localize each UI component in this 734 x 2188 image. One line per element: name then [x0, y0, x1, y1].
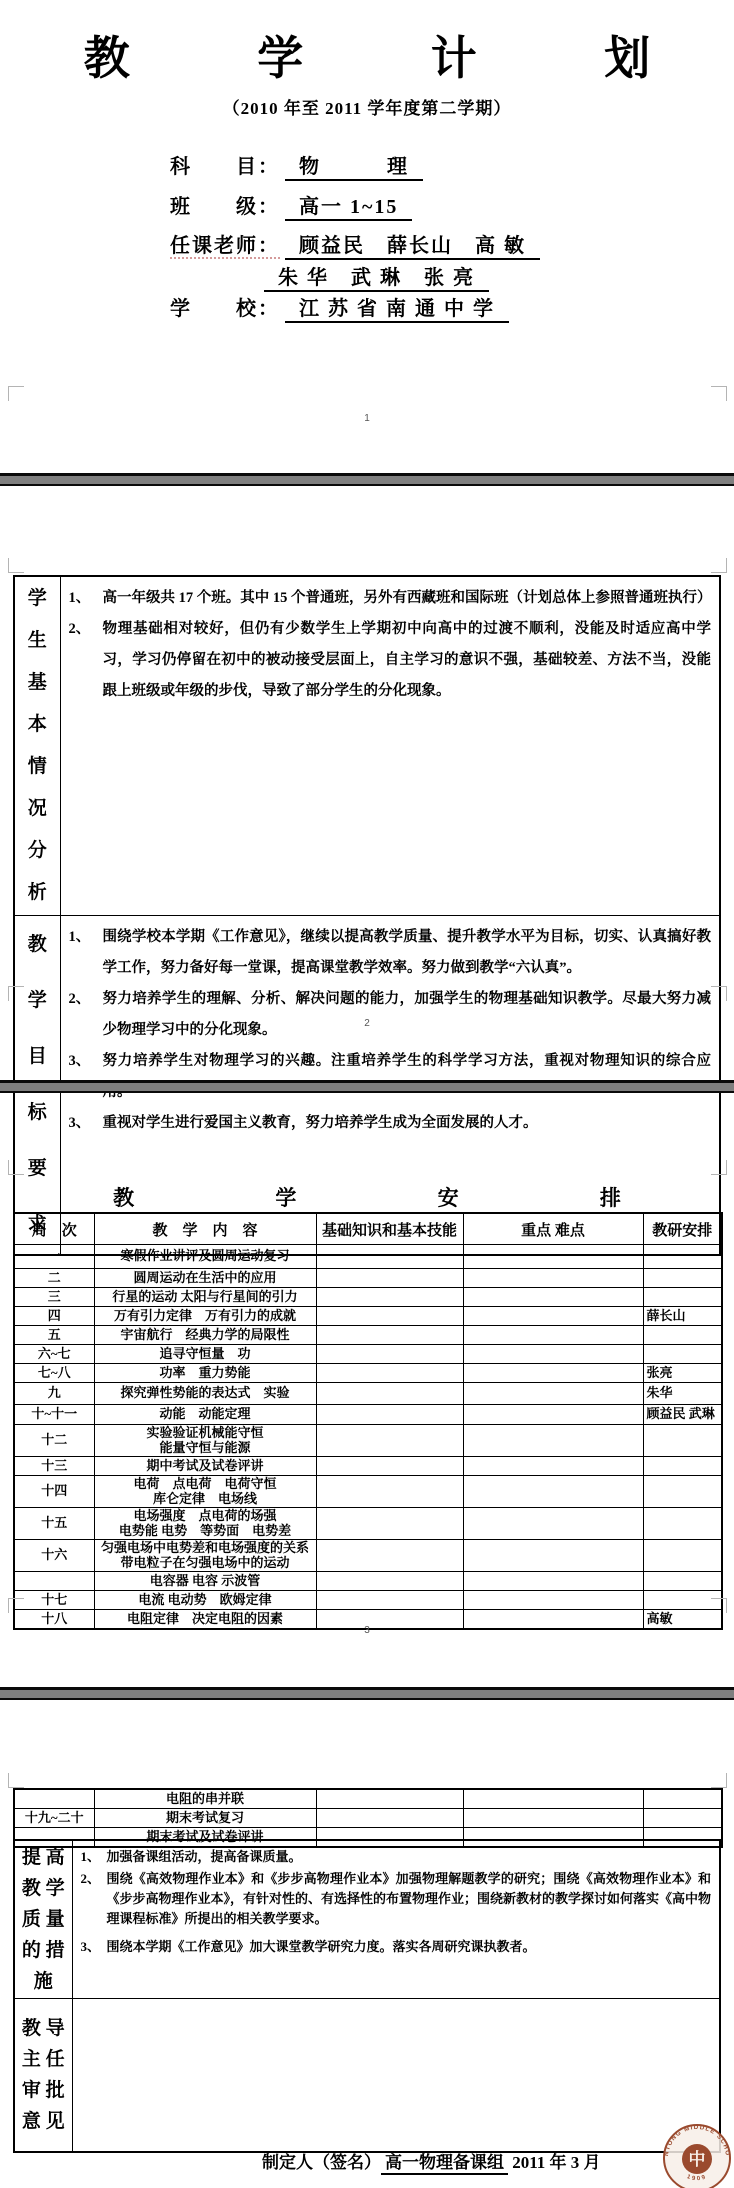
schedule-table: 周 次 教 学 内 容 基础知识和基本技能 重点 难点 教研安排 一寒假作业讲评… — [13, 1212, 723, 1630]
week-cell: 十六 — [14, 1540, 94, 1572]
content-cell: 期末考试复习 — [94, 1809, 316, 1828]
content-cell: 动能 动能定理 — [94, 1405, 316, 1425]
schedule-row: 一寒假作业讲评及圆周运动复习 — [14, 1245, 722, 1269]
page-number-3: 3 — [0, 1625, 734, 1636]
approval-content — [72, 1999, 720, 2152]
measures-row: 提 高 教 学 质 量 的 措 施 1、 加强备课组活动，提高备课质量。 2、 … — [14, 1840, 720, 1999]
content-cell: 电容器 电容 示波管 — [94, 1572, 316, 1591]
margin-mark — [8, 1773, 24, 1788]
research-cell — [643, 1326, 722, 1345]
signature-value: 高一物理备课组 — [381, 2153, 508, 2175]
focus-cell — [463, 1809, 643, 1828]
list-item: 3、 重视对学生进行爱国主义教育，努力培养学生成为全面发展的人才。 — [65, 1108, 712, 1139]
focus-cell — [463, 1383, 643, 1405]
item-number: 2、 — [77, 1869, 107, 1929]
approval-row: 教 导 主 任 审 批 意 见 — [14, 1999, 720, 2152]
schedule-row: 十五电场强度 点电荷的场强 电势能 电势 等势面 电势差 — [14, 1508, 722, 1540]
focus-cell — [463, 1405, 643, 1425]
research-cell — [643, 1508, 722, 1540]
content-cell: 探究弹性势能的表达式 实验 — [94, 1383, 316, 1405]
skills-cell — [316, 1405, 463, 1425]
item-number: 1、 — [65, 922, 103, 984]
week-cell: 九 — [14, 1383, 94, 1405]
week-cell: 十~十一 — [14, 1405, 94, 1425]
measures-approval-table: 提 高 教 学 质 量 的 措 施 1、 加强备课组活动，提高备课质量。 2、 … — [13, 1839, 721, 2153]
content-cell: 宇宙航行 经典力学的局限性 — [94, 1326, 316, 1345]
skills-cell — [316, 1364, 463, 1383]
schedule-row: 十四电荷 点电荷 电荷守恒 库仑定律 电场线 — [14, 1476, 722, 1508]
skills-cell — [316, 1425, 463, 1457]
research-cell — [643, 1572, 722, 1591]
week-cell: 十四 — [14, 1476, 94, 1508]
research-cell — [643, 1245, 722, 1269]
focus-cell — [463, 1345, 643, 1364]
week-cell: 一 — [14, 1245, 94, 1269]
field-teachers: 任课老师： 顾益民 薛长山 高 敏 — [170, 229, 540, 258]
item-number: 2、 — [65, 614, 103, 707]
list-item: 2、 努力培养学生的理解、分析、解决问题的能力，加强学生的物理基础知识教学。尽最… — [65, 984, 712, 1046]
margin-mark — [8, 558, 24, 573]
skills-cell — [316, 1508, 463, 1540]
stamp-center-text: 中 — [689, 2149, 706, 2169]
research-cell: 朱华 — [643, 1383, 722, 1405]
field-class: 班 级： 高一 1~15 — [170, 190, 412, 219]
research-cell — [643, 1789, 722, 1809]
research-cell — [643, 1425, 722, 1457]
field-subject: 科 目： 物 理 — [170, 150, 423, 179]
focus-cell — [463, 1540, 643, 1572]
list-item: 2、 围绕《高效物理作业本》和《步步高物理作业本》加强物理解题教学的研究；围绕《… — [77, 1869, 712, 1929]
student-analysis-content: 1、 高一年级共 17 个班。其中 15 个普通班，另外有西藏班和国际班（计划总… — [60, 576, 720, 916]
focus-cell — [463, 1288, 643, 1307]
content-cell: 圆周运动在生活中的应用 — [94, 1269, 316, 1288]
research-cell: 顾益民 武琳 — [643, 1405, 722, 1425]
focus-cell — [463, 1591, 643, 1610]
field-teachers-label: 任课老师： — [170, 235, 280, 259]
margin-mark — [8, 1598, 24, 1613]
content-cell: 追寻守恒量 功 — [94, 1345, 316, 1364]
skills-cell — [316, 1269, 463, 1288]
list-item: 3、 围绕本学期《工作意见》加大课堂教学研究力度。落实各周研究课执教者。 — [77, 1937, 712, 1957]
field-school-label: 学 校： — [170, 298, 280, 320]
margin-mark — [711, 986, 727, 1001]
focus-cell — [463, 1326, 643, 1345]
header-focus: 重点 难点 — [463, 1213, 643, 1245]
content-cell: 电流 电动势 欧姆定律 — [94, 1591, 316, 1610]
content-cell: 电荷 点电荷 电荷守恒 库仑定律 电场线 — [94, 1476, 316, 1508]
week-cell — [14, 1789, 94, 1809]
week-cell: 三 — [14, 1288, 94, 1307]
research-cell — [643, 1288, 722, 1307]
week-cell: 六~七 — [14, 1345, 94, 1364]
focus-cell — [463, 1269, 643, 1288]
margin-mark — [711, 1598, 727, 1613]
week-cell — [14, 1572, 94, 1591]
list-item: 1、 加强备课组活动，提高备课质量。 — [77, 1847, 712, 1867]
skills-cell — [316, 1572, 463, 1591]
school-seal-stamp: NANTONG MIDDLE SCHOOL 中 1909 — [660, 2121, 734, 2188]
page-number-1: 1 — [0, 413, 734, 424]
item-text: 围绕学校本学期《工作意见》，继续以提高教学质量、提升教学水平为目标，切实、认真搞… — [103, 922, 712, 984]
list-item: 1、 围绕学校本学期《工作意见》，继续以提高教学质量、提升教学水平为目标，切实、… — [65, 922, 712, 984]
research-cell — [643, 1476, 722, 1508]
content-cell: 行星的运动 太阳与行星间的引力 — [94, 1288, 316, 1307]
analysis-goals-table: 学 生 基 本 情 况 分 析 1、 高一年级共 17 个班。其中 15 个普通… — [13, 575, 721, 1256]
item-text: 高一年级共 17 个班。其中 15 个普通班，另外有西藏班和国际班（计划总体上参… — [103, 583, 712, 614]
field-class-label: 班 级： — [170, 196, 280, 218]
skills-cell — [316, 1591, 463, 1610]
skills-cell — [316, 1245, 463, 1269]
list-item: 2、 物理基础相对较好，但仍有少数学生上学期初中向高中的过渡不顺利，没能及时适应… — [65, 614, 712, 707]
week-cell: 七~八 — [14, 1364, 94, 1383]
week-cell: 二 — [14, 1269, 94, 1288]
field-school: 学 校： 江 苏 省 南 通 中 学 — [170, 292, 509, 321]
focus-cell — [463, 1245, 643, 1269]
focus-cell — [463, 1307, 643, 1326]
item-number: 3、 — [77, 1937, 107, 1957]
page-separator — [0, 1080, 734, 1093]
measures-content: 1、 加强备课组活动，提高备课质量。 2、 围绕《高效物理作业本》和《步步高物理… — [72, 1840, 720, 1999]
skills-cell — [316, 1789, 463, 1809]
schedule-row: 十~十一动能 动能定理顾益民 武琳 — [14, 1405, 722, 1425]
field-school-value: 江 苏 省 南 通 中 学 — [285, 298, 509, 323]
page-title: 教 学 计 划 — [0, 22, 734, 88]
margin-mark — [711, 386, 727, 401]
measures-label: 提 高 教 学 质 量 的 措 施 — [14, 1840, 72, 1999]
research-cell — [643, 1457, 722, 1476]
content-cell: 电阻的串并联 — [94, 1789, 316, 1809]
header-week: 周 次 — [14, 1213, 94, 1245]
schedule-title: 教 学 安 排 — [0, 1182, 734, 1212]
student-analysis-label: 学 生 基 本 情 况 分 析 — [14, 576, 60, 916]
focus-cell — [463, 1425, 643, 1457]
focus-cell — [463, 1364, 643, 1383]
skills-cell — [316, 1540, 463, 1572]
signature-prefix: 制定人（签名） — [262, 2153, 381, 2172]
margin-mark — [711, 1773, 727, 1788]
schedule-row: 六~七追寻守恒量 功 — [14, 1345, 722, 1364]
skills-cell — [316, 1326, 463, 1345]
field-teachers-value2: 朱 华 武 琳 张 亮 — [264, 267, 489, 292]
week-cell: 十二 — [14, 1425, 94, 1457]
margin-mark — [8, 986, 24, 1001]
margin-mark — [8, 1160, 24, 1175]
schedule-row: 十六匀强电场中电势差和电场强度的关系 带电粒子在匀强电场中的运动 — [14, 1540, 722, 1572]
skills-cell — [316, 1809, 463, 1828]
margin-mark — [711, 1160, 727, 1175]
research-cell — [643, 1809, 722, 1828]
page-subtitle: （2010 年至 2011 学年度第二学期） — [0, 94, 734, 119]
student-analysis-row: 学 生 基 本 情 况 分 析 1、 高一年级共 17 个班。其中 15 个普通… — [14, 576, 720, 916]
research-cell — [643, 1345, 722, 1364]
skills-cell — [316, 1345, 463, 1364]
skills-cell — [316, 1476, 463, 1508]
item-text: 加强备课组活动，提高备课质量。 — [107, 1847, 712, 1867]
header-research: 教研安排 — [643, 1213, 722, 1245]
header-content: 教 学 内 容 — [94, 1213, 316, 1245]
schedule-row: 十七电流 电动势 欧姆定律 — [14, 1591, 722, 1610]
schedule-row: 二圆周运动在生活中的应用 — [14, 1269, 722, 1288]
schedule-row: 电容器 电容 示波管 — [14, 1572, 722, 1591]
week-cell: 十五 — [14, 1508, 94, 1540]
item-text: 围绕《高效物理作业本》和《步步高物理作业本》加强物理解题教学的研究；围绕《高效物… — [107, 1869, 712, 1929]
focus-cell — [463, 1572, 643, 1591]
focus-cell — [463, 1457, 643, 1476]
margin-mark — [711, 558, 727, 573]
item-text: 努力培养学生的理解、分析、解决问题的能力，加强学生的物理基础知识教学。尽最大努力… — [103, 984, 712, 1046]
item-text: 重视对学生进行爱国主义教育，努力培养学生成为全面发展的人才。 — [103, 1108, 712, 1139]
schedule-row: 三行星的运动 太阳与行星间的引力 — [14, 1288, 722, 1307]
schedule-row: 四万有引力定律 万有引力的成就薛长山 — [14, 1307, 722, 1326]
item-number: 1、 — [65, 583, 103, 614]
research-cell: 张亮 — [643, 1364, 722, 1383]
week-cell: 五 — [14, 1326, 94, 1345]
item-text: 围绕本学期《工作意见》加大课堂教学研究力度。落实各周研究课执教者。 — [107, 1937, 712, 1957]
item-number: 3、 — [65, 1046, 103, 1108]
skills-cell — [316, 1307, 463, 1326]
field-teachers-line2: 朱 华 武 琳 张 亮 — [264, 261, 489, 290]
focus-cell — [463, 1508, 643, 1540]
skills-cell — [316, 1288, 463, 1307]
field-subject-label: 科 目： — [170, 156, 280, 178]
content-cell: 期中考试及试卷评讲 — [94, 1457, 316, 1476]
week-cell: 四 — [14, 1307, 94, 1326]
schedule-row: 十九~二十期末考试复习 — [14, 1809, 722, 1828]
schedule-header-row: 周 次 教 学 内 容 基础知识和基本技能 重点 难点 教研安排 — [14, 1213, 722, 1245]
field-teachers-value: 顾益民 薛长山 高 敏 — [285, 235, 540, 260]
field-subject-value: 物 理 — [285, 156, 423, 181]
schedule-row: 电阻的串并联 — [14, 1789, 722, 1809]
content-cell: 电场强度 点电荷的场强 电势能 电势 等势面 电势差 — [94, 1508, 316, 1540]
research-cell: 薛长山 — [643, 1307, 722, 1326]
focus-cell — [463, 1789, 643, 1809]
page-separator — [0, 1687, 734, 1700]
week-cell: 十三 — [14, 1457, 94, 1476]
item-number: 3、 — [65, 1108, 103, 1139]
schedule-row: 十三期中考试及试卷评讲 — [14, 1457, 722, 1476]
week-cell: 十七 — [14, 1591, 94, 1610]
signature-date: 2011 年 3 月 — [512, 2153, 600, 2172]
item-number: 2、 — [65, 984, 103, 1046]
schedule-row: 七~八功率 重力势能张亮 — [14, 1364, 722, 1383]
schedule-row: 五宇宙航行 经典力学的局限性 — [14, 1326, 722, 1345]
skills-cell — [316, 1383, 463, 1405]
list-item: 1、 高一年级共 17 个班。其中 15 个普通班，另外有西藏班和国际班（计划总… — [65, 583, 712, 614]
week-cell: 十九~二十 — [14, 1809, 94, 1828]
content-cell: 实验验证机械能守恒 能量守恒与能源 — [94, 1425, 316, 1457]
page-separator — [0, 473, 734, 486]
skills-cell — [316, 1457, 463, 1476]
research-cell — [643, 1540, 722, 1572]
content-cell: 功率 重力势能 — [94, 1364, 316, 1383]
field-class-value: 高一 1~15 — [285, 196, 412, 221]
item-number: 1、 — [77, 1847, 107, 1867]
list-item: 3、 努力培养学生对物理学习的兴趣。注重培养学生的科学学习方法，重视对物理知识的… — [65, 1046, 712, 1108]
header-skills: 基础知识和基本技能 — [316, 1213, 463, 1245]
focus-cell — [463, 1476, 643, 1508]
document-viewer: { "page1": { "title": "教 学 计 划", "subtit… — [0, 0, 734, 2188]
content-cell: 万有引力定律 万有引力的成就 — [94, 1307, 316, 1326]
content-cell: 匀强电场中电势差和电场强度的关系 带电粒子在匀强电场中的运动 — [94, 1540, 316, 1572]
approval-label: 教 导 主 任 审 批 意 见 — [14, 1999, 72, 2152]
research-cell — [643, 1269, 722, 1288]
margin-mark — [8, 386, 24, 401]
page-number-2: 2 — [0, 1018, 734, 1029]
schedule-row: 九探究弹性势能的表达式 实验朱华 — [14, 1383, 722, 1405]
item-text: 物理基础相对较好，但仍有少数学生上学期初中向高中的过渡不顺利，没能及时适应高中学… — [103, 614, 712, 707]
item-text: 努力培养学生对物理学习的兴趣。注重培养学生的科学学习方法，重视对物理知识的综合应… — [103, 1046, 712, 1108]
signature-line: 制定人（签名）高一物理备课组 2011 年 3 月 — [262, 2148, 601, 2173]
content-cell: 寒假作业讲评及圆周运动复习 — [94, 1245, 316, 1269]
schedule-row: 十二实验验证机械能守恒 能量守恒与能源 — [14, 1425, 722, 1457]
